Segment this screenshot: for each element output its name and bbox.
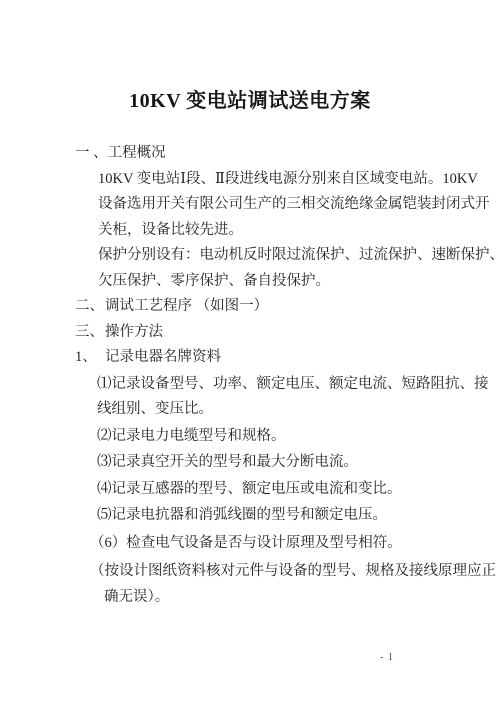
text-line: 确无误）。 <box>90 585 500 611</box>
heading-text: 操作方法 <box>105 320 163 346</box>
document-body: 一 、工程概况10KV 变电站Ⅰ段、Ⅱ段进线电源分别来自区域变电站。10KV设备… <box>0 141 500 610</box>
heading-text: 记录电器名牌资料 <box>105 345 221 371</box>
text-line: ⑸记录电抗器和消弧线圈的型号和额定电压。 <box>97 503 500 529</box>
section-heading: 二、调试工艺程序 （如图一） <box>75 294 500 320</box>
paragraph: ⑴记录设备型号、功率、额定电压、额定电流、短路阻抗、接线组别、变压比。 <box>97 372 500 423</box>
text-line: ⑵记录电力电缆型号和规格。 <box>97 424 500 450</box>
heading-number-label: 一 、 <box>75 141 108 167</box>
document-title: 10KV 变电站调试送电方案 <box>0 84 500 113</box>
heading-number-label: 1、 <box>75 345 105 371</box>
paragraph: 10KV 变电站Ⅰ段、Ⅱ段进线电源分别来自区域变电站。10KV设备选用开关有限公… <box>98 167 500 244</box>
section-heading: 三、操作方法 <box>75 320 500 346</box>
section-heading: 一 、工程概况 <box>75 141 500 167</box>
heading-text: 调试工艺程序 （如图一） <box>105 294 268 320</box>
heading-number-label: 三、 <box>75 320 105 346</box>
text-line: 线组别、变压比。 <box>97 397 500 423</box>
text-line: 保护分别设有：电动机反时限过流保护、过流保护、速断保护、 <box>98 243 500 269</box>
text-line: 欠压保护、零序保护、备自投保护。 <box>98 269 500 295</box>
paragraph: ⑵记录电力电缆型号和规格。 <box>97 424 500 450</box>
paragraph: （6）检查电气设备是否与设计原理及型号相符。 <box>90 531 500 557</box>
paragraph: 保护分别设有：电动机反时限过流保护、过流保护、速断保护、欠压保护、零序保护、备自… <box>98 243 500 294</box>
paragraph: ⑶记录真空开关的型号和最大分断电流。 <box>97 450 500 476</box>
paragraph: （按设计图纸资料核对元件与设备的型号、规格及接线原理应正确无误）。 <box>90 559 500 610</box>
text-line: （按设计图纸资料核对元件与设备的型号、规格及接线原理应正 <box>90 559 500 585</box>
page-number: - 1 <box>380 652 394 663</box>
text-line: ⑷记录互感器的型号、额定电压或电流和变比。 <box>97 477 500 503</box>
text-line: （6）检查电气设备是否与设计原理及型号相符。 <box>90 531 500 557</box>
paragraph: ⑸记录电抗器和消弧线圈的型号和额定电压。 <box>97 503 500 529</box>
heading-text: 工程概况 <box>108 141 166 167</box>
text-line: 设备选用开关有限公司生产的三相交流绝缘金属铠装封闭式开 <box>98 192 500 218</box>
text-line: 关柜，设备比较先进。 <box>98 218 500 244</box>
document-page: 10KV 变电站调试送电方案 一 、工程概况10KV 变电站Ⅰ段、Ⅱ段进线电源分… <box>0 0 500 708</box>
section-heading: 1、记录电器名牌资料 <box>75 345 500 371</box>
text-line: ⑶记录真空开关的型号和最大分断电流。 <box>97 450 500 476</box>
paragraph: ⑷记录互感器的型号、额定电压或电流和变比。 <box>97 477 500 503</box>
heading-number-label: 二、 <box>75 294 105 320</box>
text-line: 10KV 变电站Ⅰ段、Ⅱ段进线电源分别来自区域变电站。10KV <box>98 167 500 193</box>
text-line: ⑴记录设备型号、功率、额定电压、额定电流、短路阻抗、接 <box>97 372 500 398</box>
